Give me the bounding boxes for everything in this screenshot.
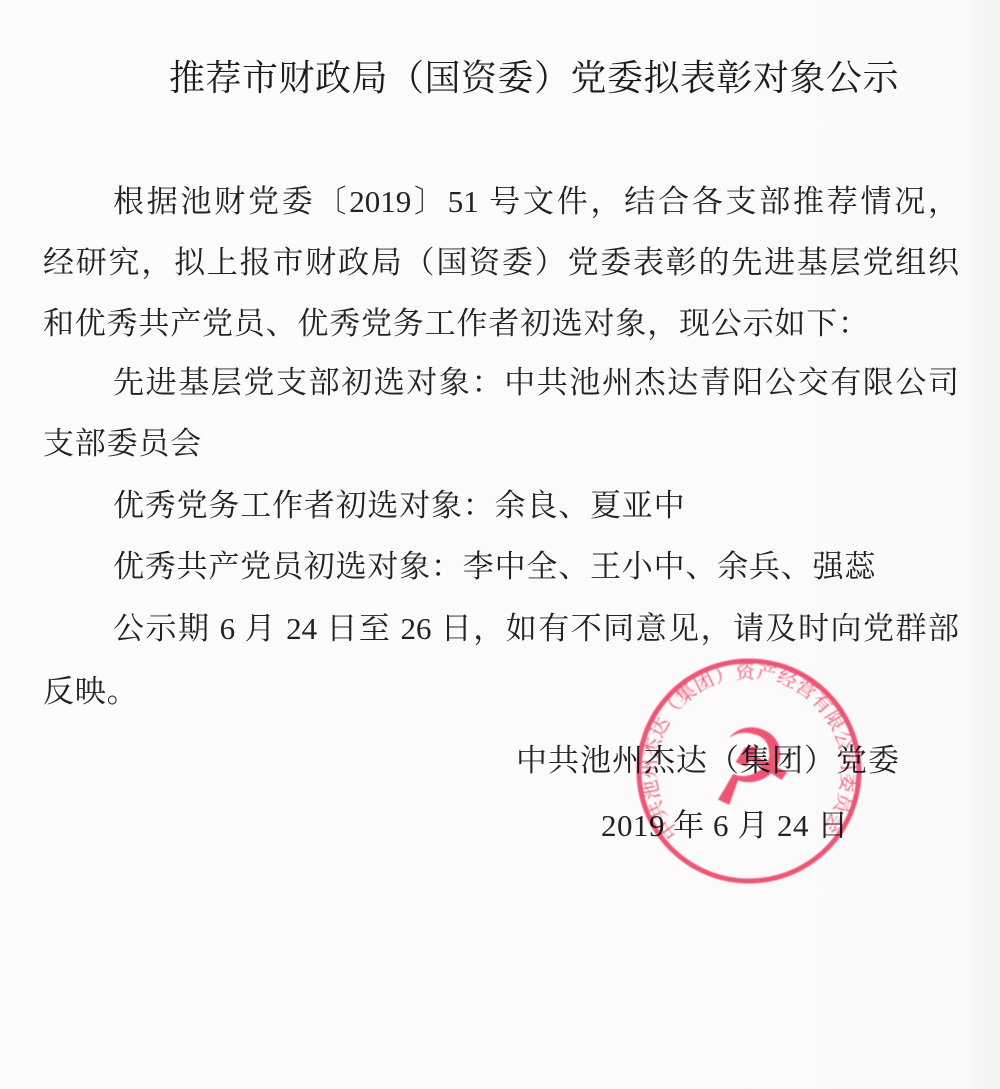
body-line-8: 公示期 6 月 24 日至 26 日，如有不同意见，请及时向党群部 <box>43 610 959 649</box>
body-line-5: 支部委员会 <box>43 425 202 464</box>
scanned-notice-page: 推荐市财政局（国资委）党委拟表彰对象公示 根据池财党委〔2019〕51 号文件，… <box>0 0 1000 1089</box>
body-line-3: 和优秀共产党员、优秀党务工作者初选对象，现公示如下： <box>43 305 870 344</box>
body-line-9: 反映。 <box>43 673 138 712</box>
official-seal-stamp: 中共池州杰达（集团）资产经营有限公司委员会 ☭ <box>625 647 873 895</box>
hammer-sickle-icon: ☭ <box>695 701 804 832</box>
body-line-4: 先进基层党支部初选对象：中共池州杰达青阳公交有限公司 <box>43 364 959 403</box>
document-title: 推荐市财政局（国资委）党委拟表彰对象公示 <box>169 50 899 101</box>
body-line-7: 优秀共产党员初选对象：李中全、王小中、余兵、强蕊 <box>43 548 876 587</box>
body-line-6: 优秀党务工作者初选对象：余良、夏亚中 <box>43 487 685 526</box>
body-line-1: 根据池财党委〔2019〕51 号文件，结合各支部推荐情况， <box>43 183 959 222</box>
body-line-2: 经研究，拟上报市财政局（国资委）党委表彰的先进基层党组织 <box>43 244 959 283</box>
